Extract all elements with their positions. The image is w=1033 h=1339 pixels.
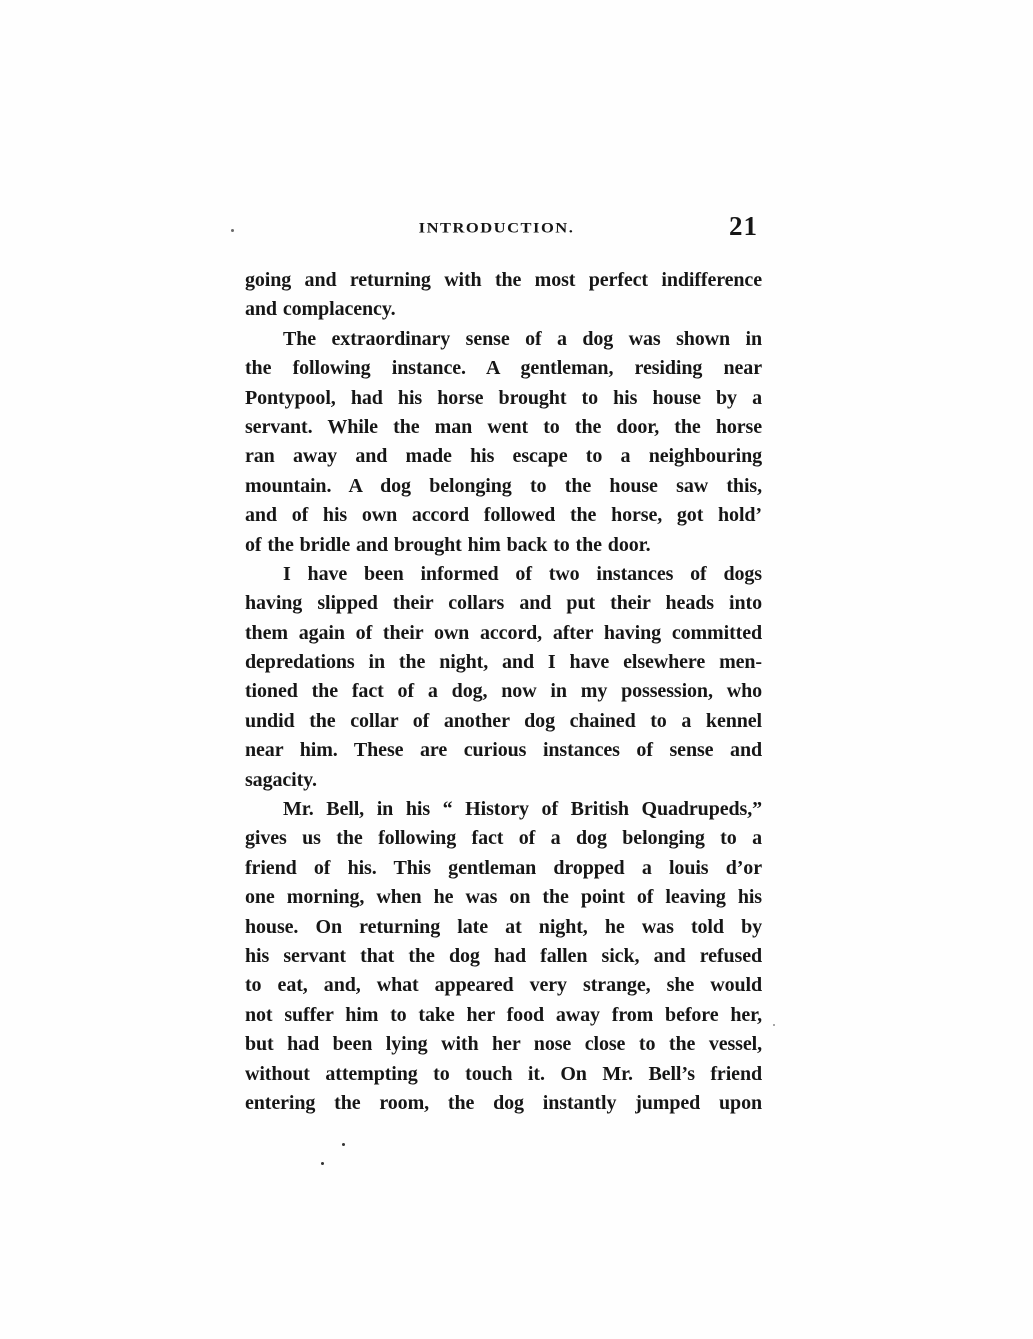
chapter-running-title: INTRODUCTION. bbox=[231, 221, 762, 236]
running-header: INTRODUCTION. 21 bbox=[245, 220, 762, 250]
text-line: them again of their own accord, after ha… bbox=[245, 619, 762, 648]
text-line: the following instance. A gentleman, res… bbox=[245, 354, 762, 383]
ink-speck bbox=[321, 1162, 324, 1165]
text-line: without attempting to touch it. On Mr. B… bbox=[245, 1060, 762, 1089]
text-line: but had been lying with her nose close t… bbox=[245, 1030, 762, 1059]
text-line: friend of his. This gentleman dropped a … bbox=[245, 854, 762, 883]
book-page: INTRODUCTION. 21 going and returning wit… bbox=[0, 0, 1033, 1339]
text-line: gives us the following fact of a dog bel… bbox=[245, 824, 762, 853]
text-line: having slipped their collars and put the… bbox=[245, 589, 762, 618]
text-line: undid the collar of another dog chained … bbox=[245, 707, 762, 736]
text-line: house. On returning late at night, he wa… bbox=[245, 913, 762, 942]
text-line: of the bridle and brought him back to th… bbox=[245, 531, 762, 560]
text-line: The extraordinary sense of a dog was sho… bbox=[245, 325, 762, 354]
text-line: one morning, when he was on the point of… bbox=[245, 883, 762, 912]
text-line: Mr. Bell, in his “ History of British Qu… bbox=[245, 795, 762, 824]
text-line: and complacency. bbox=[245, 295, 762, 324]
text-line: going and returning with the most perfec… bbox=[245, 266, 762, 295]
text-line: entering the room, the dog instantly jum… bbox=[245, 1089, 762, 1118]
text-line: near him. These are curious instances of… bbox=[245, 736, 762, 765]
text-line: tioned the fact of a dog, now in my poss… bbox=[245, 677, 762, 706]
text-line: depredations in the night, and I have el… bbox=[245, 648, 762, 677]
ink-speck bbox=[773, 1024, 775, 1026]
page-number: 21 bbox=[729, 213, 758, 240]
ink-speck bbox=[342, 1143, 345, 1146]
text-line: not suffer him to take her food away fro… bbox=[245, 1001, 762, 1030]
text-line: mountain. A dog belonging to the house s… bbox=[245, 472, 762, 501]
body-text: going and returning with the most perfec… bbox=[245, 266, 762, 1118]
text-line: sagacity. bbox=[245, 766, 762, 795]
text-line: to eat, and, what appeared very strange,… bbox=[245, 971, 762, 1000]
text-line: his servant that the dog had fallen sick… bbox=[245, 942, 762, 971]
text-line: ran away and made his escape to a neighb… bbox=[245, 442, 762, 471]
text-line: and of his own accord followed the horse… bbox=[245, 501, 762, 530]
text-line: I have been informed of two instances of… bbox=[245, 560, 762, 589]
text-line: Pontypool, had his horse brought to his … bbox=[245, 384, 762, 413]
text-line: servant. While the man went to the door,… bbox=[245, 413, 762, 442]
